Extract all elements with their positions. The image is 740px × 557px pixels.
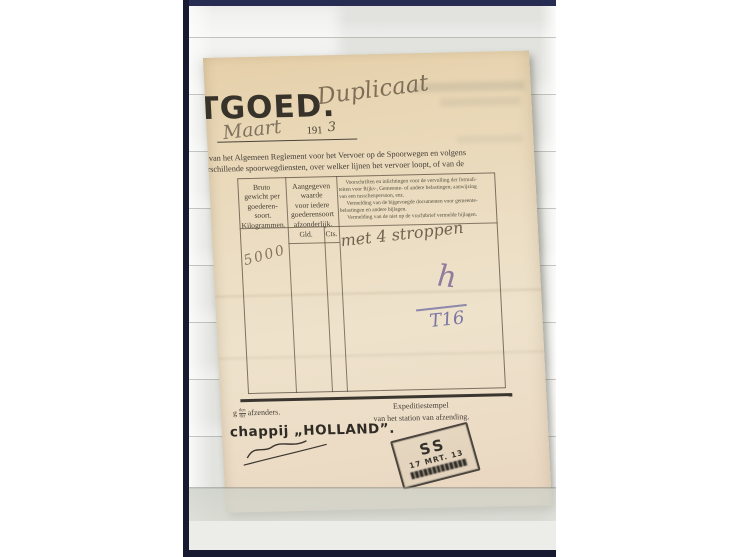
stockbook-border-bottom	[183, 550, 556, 557]
pencil-mark: h	[436, 259, 458, 296]
print-bleed-mark	[440, 97, 520, 107]
railway-date-stamp: SS 17 MRT. 13	[390, 422, 481, 490]
unit-label-cents: Cts.	[324, 229, 339, 238]
handwritten-signature	[242, 436, 331, 468]
column-header-declared-value: Aangegeven waarde voor iedere goederenso…	[285, 181, 338, 229]
unit-label-gulden: Gld.	[288, 229, 324, 239]
photo-of-freight-document: TGOED. Duplicaat Maart 191 3 a van het A…	[0, 0, 740, 557]
handwritten-duplicate-note: Duplicaat	[315, 70, 430, 110]
freight-table: Bruto gewicht per goederen- soort. Kilog…	[237, 172, 506, 394]
stockbook-border-left	[183, 0, 189, 557]
glassine-strip-over-document	[183, 487, 556, 521]
print-bleed-mark	[457, 135, 522, 143]
stockbook-border-top	[183, 0, 556, 6]
stacked-word-choice: dender	[239, 408, 246, 419]
glassine-strip	[189, 19, 556, 37]
sender-signature-caption: g dender afzenders.	[233, 407, 281, 419]
intro-paragraph: a van het Algemeen Reglement voor het Ve…	[203, 147, 502, 175]
stockbook-page-photo: TGOED. Duplicaat Maart 191 3 a van het A…	[183, 0, 556, 557]
glassine-strip-edge	[189, 37, 556, 38]
album-page-bottom-band	[183, 521, 556, 550]
handwritten-year-digit: 3	[327, 120, 336, 135]
printed-year: 191	[307, 125, 323, 136]
column-header-gross-weight: Bruto gewicht per goederen- soort. Kilog…	[237, 182, 287, 230]
column-header-instructions: Voorschriften en inlichtingen voor de ve…	[338, 176, 493, 221]
freight-document: TGOED. Duplicaat Maart 191 3 a van het A…	[203, 51, 552, 513]
